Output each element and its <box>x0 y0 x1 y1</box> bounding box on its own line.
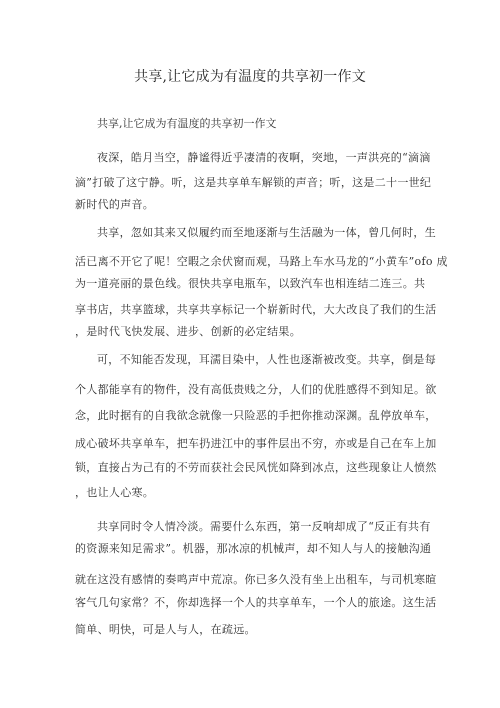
paragraph-line: 活已离不开它了呢！空暇之余伏窗而观，马路上车水马龙的“小黄车”ofo 成 <box>75 254 448 270</box>
paragraph-line: 个人都能享有的物件，没有高低贵贱之分，人们的优胜感得不到知足。欲 <box>75 382 437 398</box>
paragraph-line: 念，此时据有的自我欲念就像一只险恶的手把你推动深渊。乱停放单车， <box>75 408 437 424</box>
paragraph-line: 滴”打破了这宁静。听，这是共享单车解锁的声音；听，这是二十一世纪 <box>75 175 431 191</box>
paragraph-line: ，是时代飞快发展、进步、创新的必定结果。 <box>75 324 301 340</box>
paragraph-line: 的资源来知足需求”。机器，那冰凉的机械声，却不知人与人的接触沟通 <box>75 541 431 557</box>
paragraph-line: 可，不知能否发现，耳濡目染中，人性也逐渐被改变。共享，倒是每 <box>97 352 436 368</box>
paragraph-line: ，也让人心寒。 <box>75 485 154 501</box>
paragraph-line: 为一道亮丽的景色线。很快共享电瓶车，以致汽车也相连结二连三。共 <box>75 276 425 292</box>
paragraph-line: 共享同时令人情冷淡。需要什么东西，第一反响却成了“反正有共有 <box>97 519 431 535</box>
paragraph-line: 夜深，皓月当空，静谧得近乎凄清的夜啊，突地，一声洪亮的“滴滴 <box>97 150 431 166</box>
paragraph-line: 成心破坏共享单车，把车扔进江中的事件层出不穷，亦或是自己在车上加 <box>75 436 437 452</box>
paragraph-line: 新时代的声音。 <box>75 197 154 213</box>
paragraph-line: 简单、明快，可是人与人，在疏远。 <box>75 622 256 638</box>
paragraph-line: 客气几句家常？不，你却选择一个人的共享单车，一个人的旅途。这生活 <box>75 595 437 611</box>
paragraph-line: 就在这没有感情的奏鸣声中荒凉。你已多久没有坐上出租车，与司机寒暄 <box>75 572 437 588</box>
paragraph-line: 享书店，共享篮球，共享共享标记一个崭新时代，大大改良了我们的生活 <box>75 302 437 318</box>
paragraph-line: 锁，直接占为己有的不劳而获社会民风恍如降到冰点，这些现象让人愤然 <box>75 460 437 476</box>
document-subtitle: 共享,让它成为有温度的共享初一作文 <box>97 116 277 132</box>
paragraph-line: 共享，忽如其来又似履约而至地逐渐与生活融为一体，曾几何时，生 <box>97 225 436 241</box>
document-page: 共享,让它成为有温度的共享初一作文 共享,让它成为有温度的共享初一作文 夜深，皓… <box>0 0 500 708</box>
document-title: 共享,让它成为有温度的共享初一作文 <box>0 68 500 86</box>
